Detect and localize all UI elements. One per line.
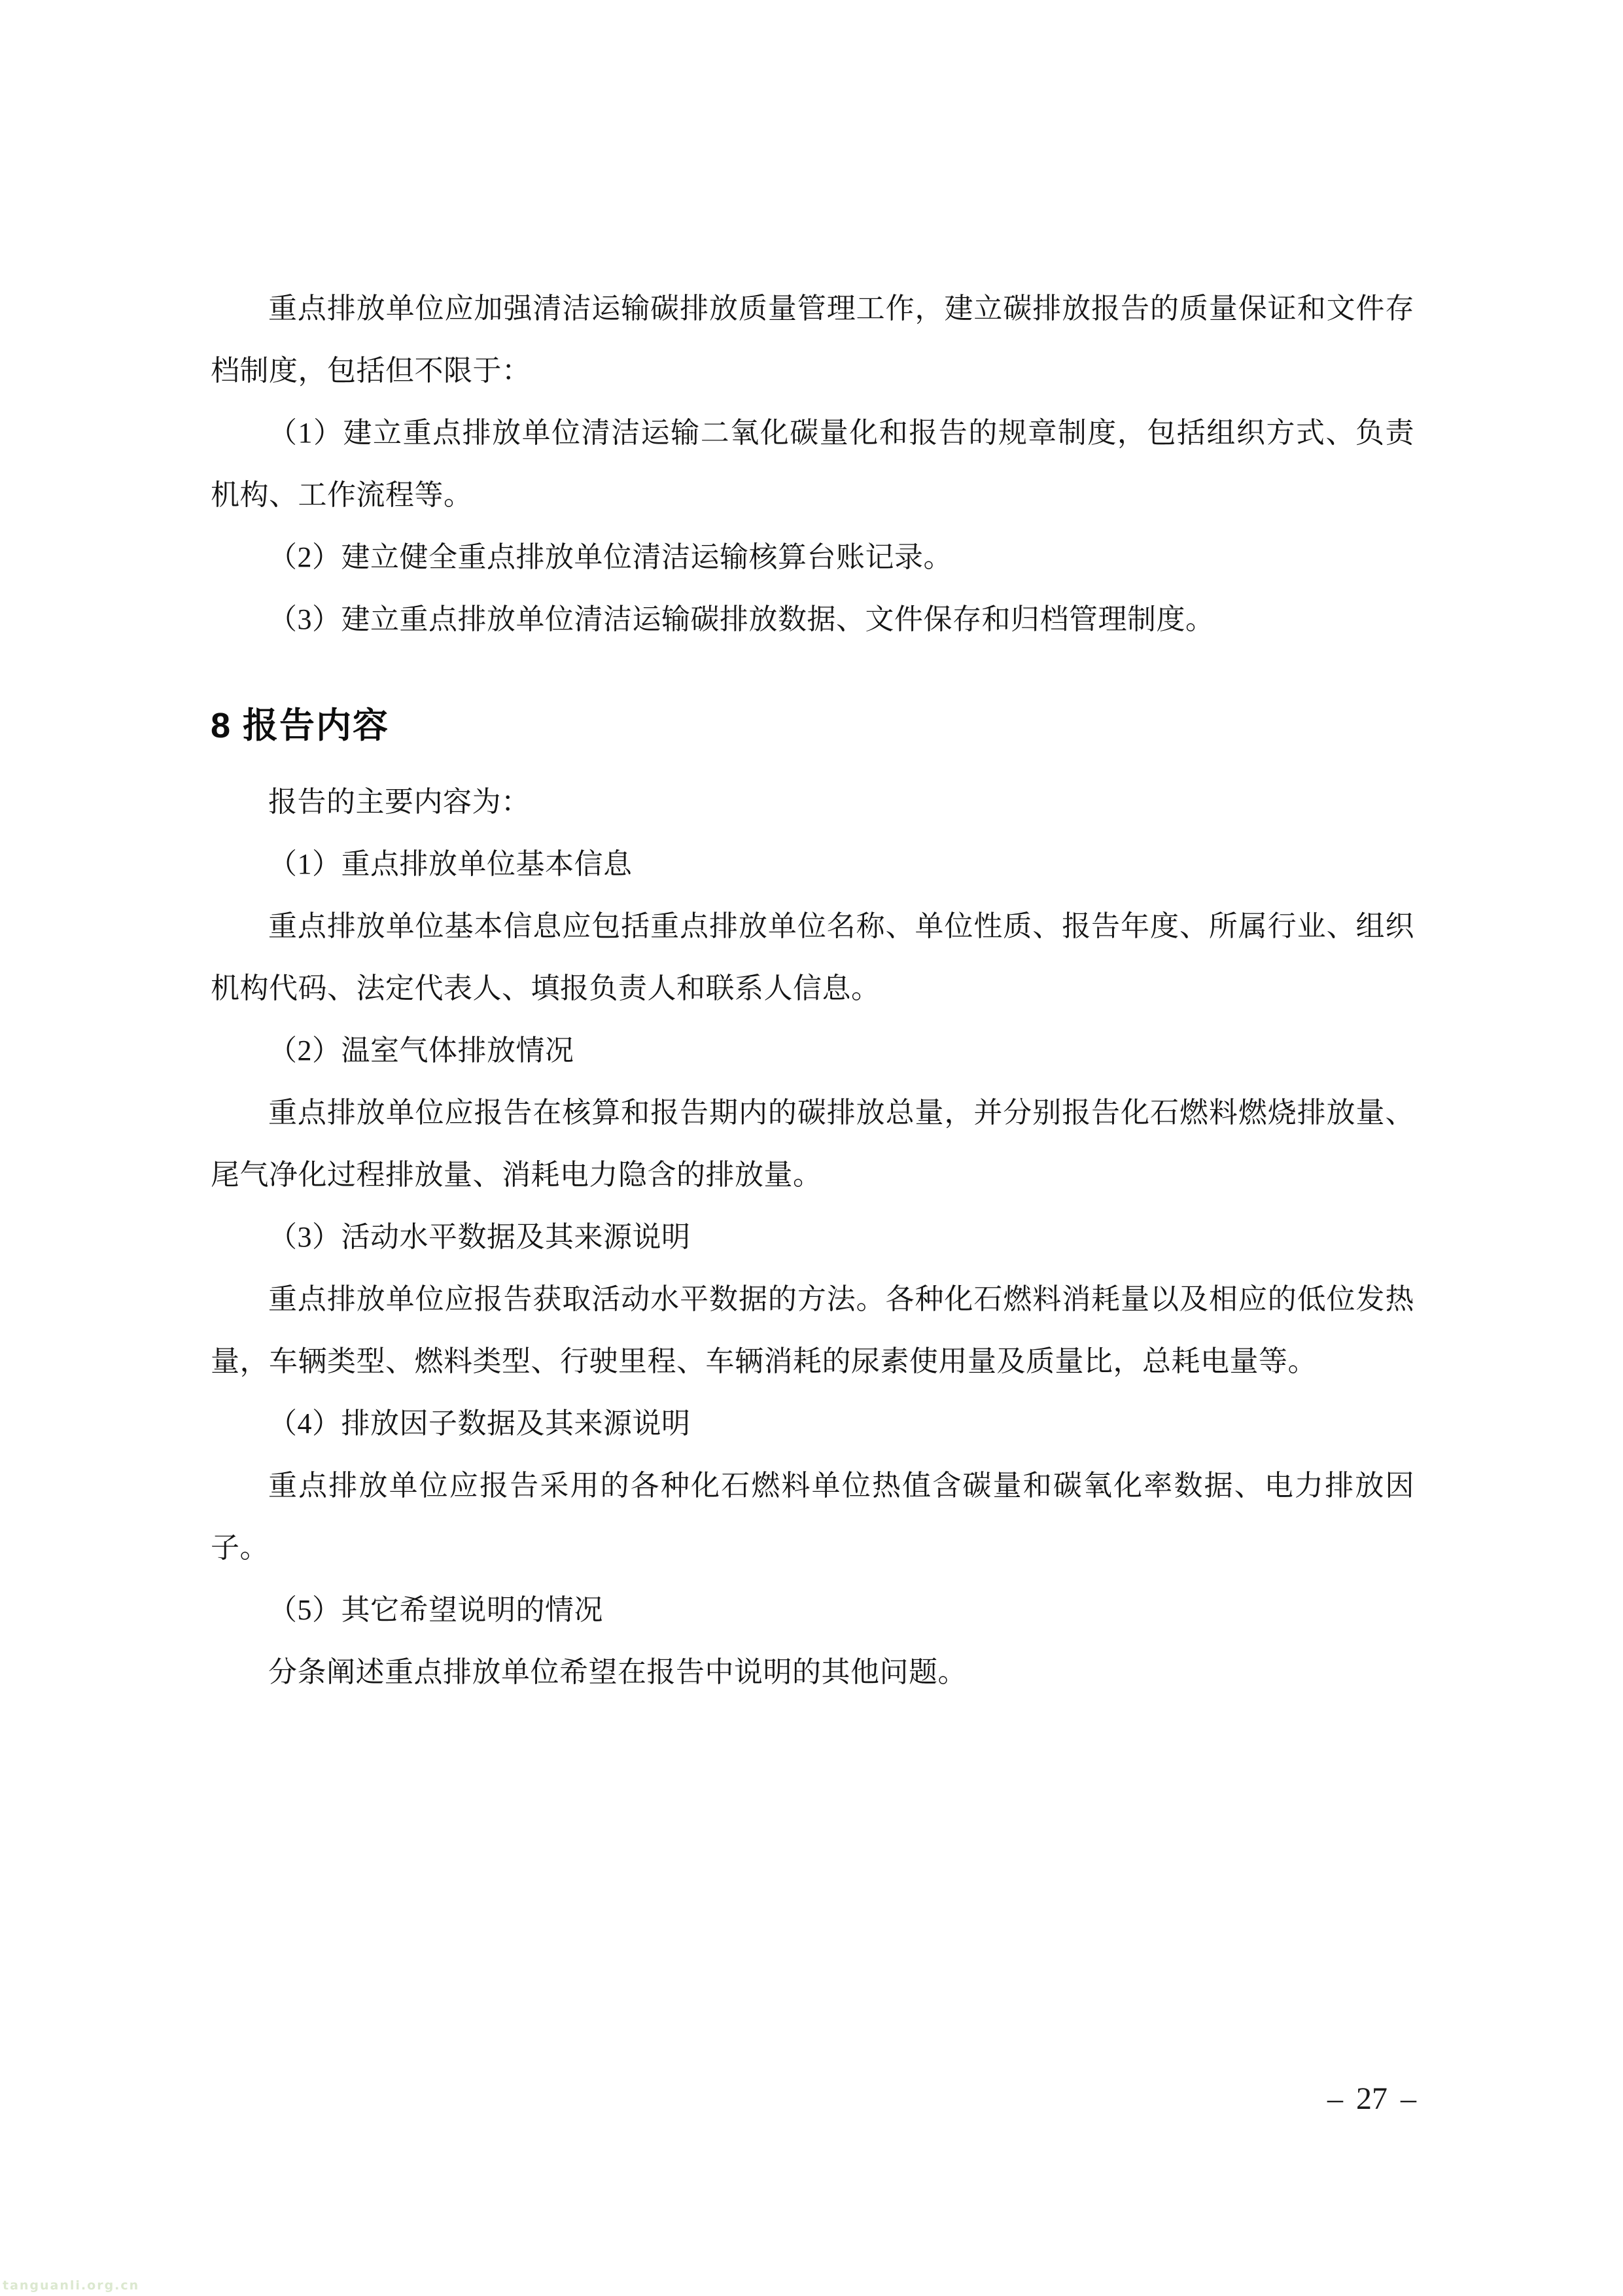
paragraph: （2）建立健全重点排放单位清洁运输核算台账记录。 (211, 526, 1414, 588)
page-number: – 27 – (1327, 2079, 1416, 2119)
paragraph: 报告的主要内容为： (211, 771, 1414, 833)
paragraph: （5）其它希望说明的情况 (211, 1579, 1414, 1641)
watermark: tanguanli.org.cn (3, 2278, 139, 2293)
paragraph: （1）建立重点排放单位清洁运输二氧化碳量化和报告的规章制度，包括组织方式、负责机… (211, 402, 1414, 526)
paragraph: 重点排放单位应报告获取活动水平数据的方法。各种化石燃料消耗量以及相应的低位发热量… (211, 1268, 1414, 1392)
paragraph: （4）排放因子数据及其来源说明 (211, 1392, 1414, 1455)
paragraph: 重点排放单位应报告在核算和报告期内的碳排放总量，并分别报告化石燃料燃烧排放量、尾… (211, 1082, 1414, 1206)
paragraph: （3）建立重点排放单位清洁运输碳排放数据、文件保存和归档管理制度。 (211, 588, 1414, 650)
paragraph: 重点排放单位应报告采用的各种化石燃料单位热值含碳量和碳氧化率数据、电力排放因子。 (211, 1455, 1414, 1579)
paragraph: 分条阐述重点排放单位希望在报告中说明的其他问题。 (211, 1641, 1414, 1703)
paragraph: （1）重点排放单位基本信息 (211, 833, 1414, 895)
document-body: 重点排放单位应加强清洁运输碳排放质量管理工作，建立碳排放报告的质量保证和文件存档… (211, 277, 1414, 1703)
paragraph: 重点排放单位基本信息应包括重点排放单位名称、单位性质、报告年度、所属行业、组织机… (211, 895, 1414, 1019)
paragraph: 重点排放单位应加强清洁运输碳排放质量管理工作，建立碳排放报告的质量保证和文件存档… (211, 277, 1414, 402)
paragraph: （2）温室气体排放情况 (211, 1019, 1414, 1082)
section-heading: 8 报告内容 (211, 695, 1414, 757)
paragraph: （3）活动水平数据及其来源说明 (211, 1206, 1414, 1268)
document-page: 重点排放单位应加强清洁运输碳排放质量管理工作，建立碳排放报告的质量保证和文件存档… (0, 0, 1623, 2296)
